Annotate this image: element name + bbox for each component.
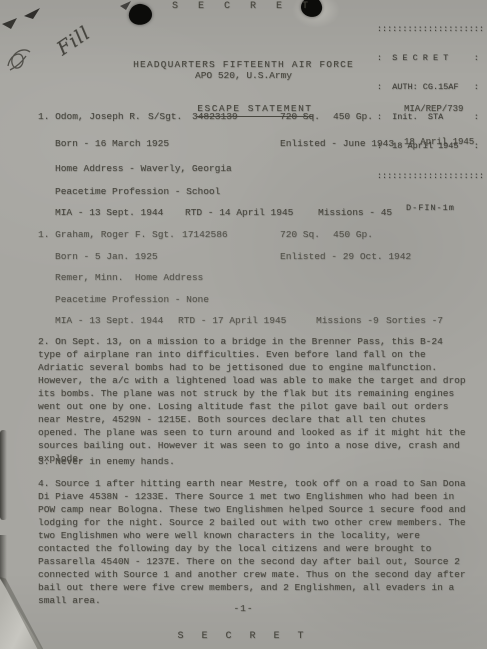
- document-page: S E C R E T ::::::::::::::::::::: : S E …: [0, 0, 487, 649]
- entry2-enlisted: Enlisted - 29 Oct. 1942: [280, 251, 411, 263]
- entry2-rank: Sgt.: [152, 229, 175, 241]
- entry1-squadron: 720 Sq.: [280, 111, 320, 123]
- entry1-address: Home Address - Waverly, Georgia: [55, 163, 232, 175]
- entry2-squadron: 720 Sq.: [280, 229, 320, 241]
- stamp-routing-code: D-FIN-1m: [377, 204, 484, 214]
- entry2-rtd: RTD - 17 April 1945: [178, 315, 286, 327]
- stamp-border-bottom: :::::::::::::::::::::: [377, 172, 484, 182]
- classification-bottom: S E C R E T: [0, 631, 487, 643]
- entry1-rank: S/Sgt.: [148, 111, 182, 123]
- page-number: -1-: [0, 603, 487, 615]
- document-title: ESCAPE STATEMENT: [0, 91, 487, 129]
- paragraph-3: 3. Never in enemy hands.: [38, 455, 471, 468]
- entry2-profession: Peacetime Profession - None: [55, 294, 209, 306]
- entry2-serial: 17142586: [182, 229, 228, 241]
- entry2-name: 1. Graham, Roger F.: [38, 229, 146, 241]
- entry2-group: 450 Gp.: [333, 229, 373, 241]
- entry1-group: 450 Gp.: [333, 111, 373, 123]
- stamp-border-top: :::::::::::::::::::::: [377, 25, 484, 35]
- entry2-born: Born - 5 Jan. 1925: [55, 251, 158, 263]
- entry1-missions: Missions - 45: [318, 207, 392, 219]
- entry2-missions: Missions -9: [316, 315, 379, 327]
- entry1-enlisted: Enlisted - June 1943: [280, 138, 394, 150]
- entry1-born: Born - 16 March 1925: [55, 138, 169, 150]
- entry2-sorties: Sorties -7: [386, 315, 443, 327]
- scan-edge-shadow: [0, 430, 7, 520]
- entry1-name: 1. Odom, Joseph R.: [38, 111, 141, 123]
- paragraph-2: 2. On Sept. 13, on a mission to a bridge…: [38, 335, 471, 465]
- entry2-address: Remer, Minn. Home Address: [55, 272, 203, 284]
- entry1-mia: MIA - 13 Sept. 1944: [55, 207, 163, 219]
- entry1-serial: 34823139: [192, 111, 238, 123]
- entry1-rtd: RTD - 14 April 1945: [185, 207, 293, 219]
- paragraph-4: 4. Source 1 after hitting earth near Mes…: [38, 477, 471, 607]
- reference-date: 18 April 1945: [404, 137, 474, 148]
- entry1-profession: Peacetime Profession - School: [55, 186, 220, 198]
- pen-mark-icon: [2, 18, 17, 29]
- handwritten-note: Fill: [53, 22, 95, 60]
- letterhead-line2: APO 520, U.S.Army: [0, 70, 487, 82]
- entry2-mia: MIA - 13 Sept. 1944: [55, 315, 163, 327]
